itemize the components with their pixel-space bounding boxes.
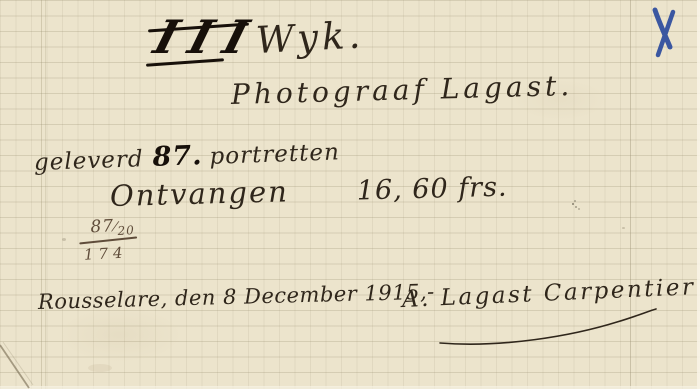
delivered-quantity: 87. xyxy=(152,140,203,173)
calc-divisor: 20 xyxy=(117,223,135,238)
blue-x-mark-icon xyxy=(648,6,684,60)
paper-crease xyxy=(0,340,40,389)
received-amount: 16, 60 frs. xyxy=(356,172,508,207)
calculation-note: 87⁄20 174 xyxy=(78,215,138,264)
margin-line-left-b xyxy=(45,0,46,389)
delivered-suffix: portretten xyxy=(209,139,340,170)
received-label: Ontvangen xyxy=(110,174,290,213)
calc-numerator: 87 xyxy=(90,216,115,237)
delivered-prefix: geleverd xyxy=(34,146,144,176)
section-numeral-text: III xyxy=(149,14,266,60)
calc-numerator-row: 87⁄20 xyxy=(90,215,137,239)
margin-line-left-a xyxy=(41,0,42,389)
signature-flourish xyxy=(432,305,664,349)
calc-result: 174 xyxy=(83,243,138,264)
section-numeral: III xyxy=(146,16,252,68)
client-name: Wyk. xyxy=(255,14,365,62)
